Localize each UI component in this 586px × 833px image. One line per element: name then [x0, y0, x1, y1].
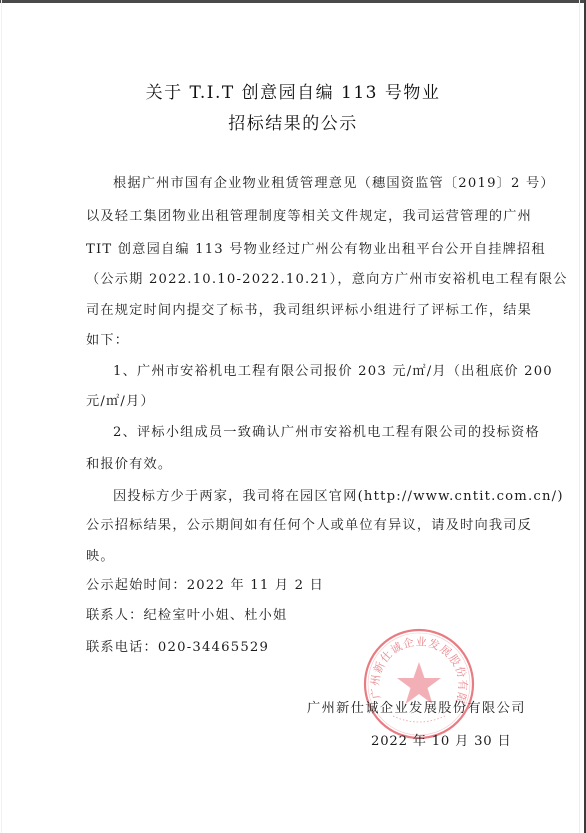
document-title-line1: 关于 T.I.T 创意园自编 113 号物业	[0, 78, 586, 103]
signature-date: 2022 年 10 月 30 日	[371, 730, 511, 749]
body-line: 公示招标结果，公示期间如有任何个人或单位有异议，请及时向我司反	[86, 514, 532, 533]
body-line: 映。	[86, 545, 115, 564]
body-line: （公示期 2022.10.10-2022.10.21），意向方广州市安裕机电工程…	[86, 268, 568, 287]
result-item-1: 1、广州市安裕机电工程有限公司报价 203 元/㎡/月（出租底价 200	[113, 360, 553, 379]
document-title-line2: 招标结果的公示	[0, 109, 586, 134]
body-line: TIT 创意园自编 113 号物业经过广州公有物业出租平台公开自挂牌招租	[86, 238, 546, 257]
contact-phone: 联系电话：020-34465529	[86, 636, 269, 655]
body-line: 因投标方少于两家，我司将在园区官网(http://www.cntit.com.c…	[113, 485, 564, 504]
company-seal-icon: 广州新仕诚企业发展股份有限公司	[363, 628, 475, 740]
body-line: 和报价有效。	[86, 453, 172, 472]
contact-person: 联系人：纪检室叶小姐、杜小姐	[86, 604, 287, 623]
document-page: 关于 T.I.T 创意园自编 113 号物业 招标结果的公示 根据广州市国有企业…	[0, 0, 586, 833]
body-line: 元/㎡/月）	[86, 390, 155, 409]
body-line: 如下：	[86, 329, 129, 348]
announce-start-date: 公示起始时间：2022 年 11 月 2 日	[86, 574, 324, 593]
body-line: 根据广州市国有企业物业租赁管理意见（穗国资监管〔2019〕2 号）	[113, 172, 555, 191]
body-line: 以及轻工集团物业出租管理制度等相关文件规定，我司运营管理的广州	[86, 205, 532, 224]
signature-company: 广州新仕诚企业发展股份有限公司	[307, 697, 526, 716]
result-item-2: 2、评标小组成员一致确认广州市安裕机电工程有限公司的投标资格	[113, 421, 540, 440]
body-line: 司在规定时间内提交了标书，我司组织评标小组进行了评标工作，结果	[86, 299, 532, 318]
